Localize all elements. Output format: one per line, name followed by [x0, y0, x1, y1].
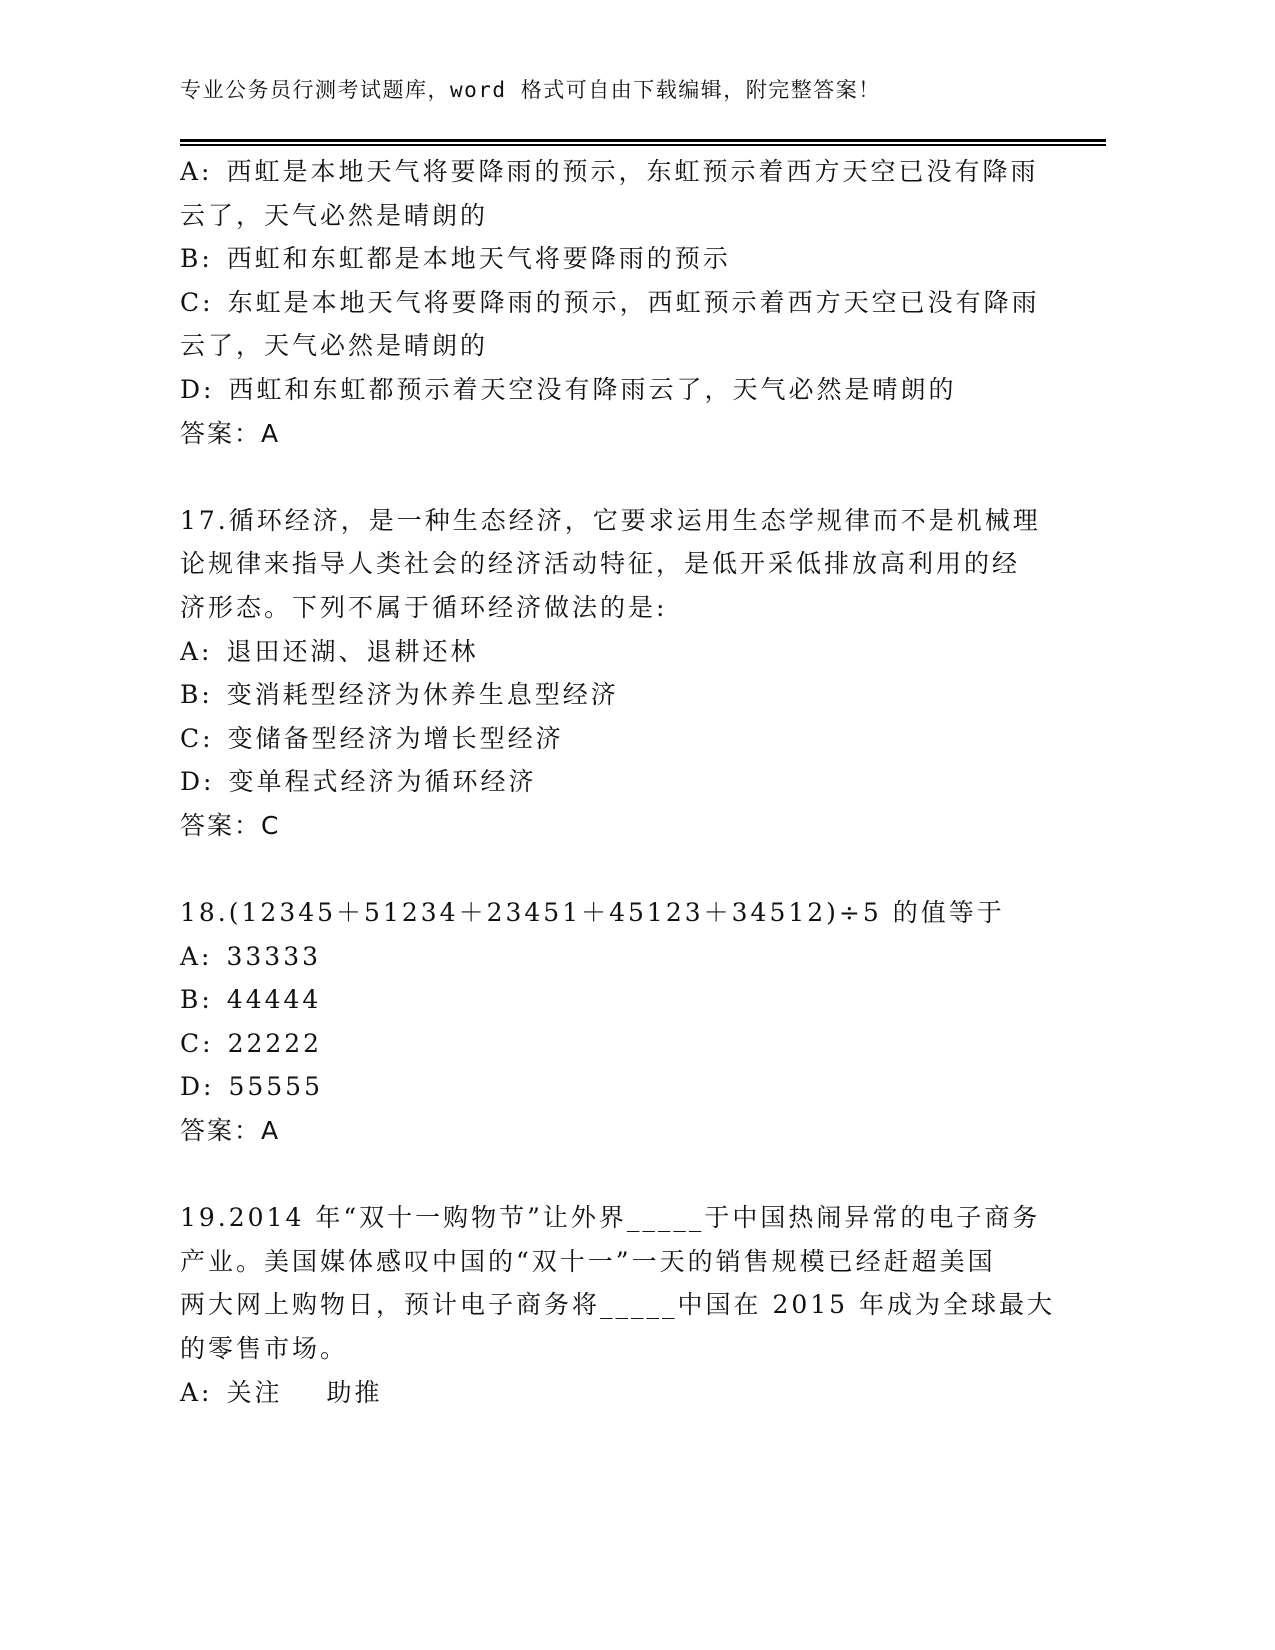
- question-stem: 17.循环经济，是一种生态经济，它要求运用生态学规律而不是机械理: [180, 499, 1040, 543]
- header-rule-thin: [180, 144, 1106, 146]
- answer-line: 答案：C: [180, 804, 1040, 848]
- header-double-rule: [180, 139, 1106, 146]
- page-header-title: 专业公务员行测考试题库，word 格式可自由下载编辑，附完整答案！: [180, 74, 881, 104]
- answer-line: 答案：A: [180, 412, 1040, 456]
- question-18: 18.(12345＋51234＋23451＋45123＋34512)÷5 的值等…: [180, 891, 1040, 1153]
- option-c: C:东虹是本地天气将要降雨的预示，西虹预示着西方天空已没有降雨: [180, 281, 1040, 325]
- option-d: D:55555: [180, 1065, 1040, 1109]
- header-rule-thick: [180, 139, 1106, 142]
- question-stem-continued: 产业。美国媒体感叹中国的“双十一”一天的销售规模已经赶超美国: [180, 1240, 1040, 1284]
- question-stem-continued: 济形态。下列不属于循环经济做法的是:: [180, 586, 1040, 630]
- spacer: [180, 1153, 1040, 1197]
- option-a: A:33333: [180, 935, 1040, 979]
- option-a: A:关注助推: [180, 1371, 1040, 1415]
- question-17: 17.循环经济，是一种生态经济，它要求运用生态学规律而不是机械理 论规律来指导人…: [180, 499, 1040, 848]
- option-c-continued: 云了，天气必然是晴朗的: [180, 324, 1040, 368]
- spacer: [180, 455, 1040, 499]
- question-16-options: A:西虹是本地天气将要降雨的预示，东虹预示着西方天空已没有降雨 云了，天气必然是…: [180, 150, 1040, 455]
- option-d: D:变单程式经济为循环经济: [180, 760, 1040, 804]
- question-19: 19.2014 年“双十一购物节”让外界_____于中国热闹异常的电子商务 产业…: [180, 1196, 1040, 1414]
- question-stem: 19.2014 年“双十一购物节”让外界_____于中国热闹异常的电子商务: [180, 1196, 1040, 1240]
- option-a: A:西虹是本地天气将要降雨的预示，东虹预示着西方天空已没有降雨: [180, 150, 1040, 194]
- question-stem-continued: 论规律来指导人类社会的经济活动特征，是低开采低排放高利用的经: [180, 542, 1040, 586]
- option-a-continued: 云了，天气必然是晴朗的: [180, 194, 1040, 238]
- document-page: 专业公务员行测考试题库，word 格式可自由下载编辑，附完整答案！ A:西虹是本…: [0, 0, 1275, 1650]
- spacer: [180, 848, 1040, 892]
- option-b: B:44444: [180, 978, 1040, 1022]
- question-stem-continued: 的零售市场。: [180, 1327, 1040, 1371]
- answer-line: 答案：A: [180, 1109, 1040, 1153]
- option-c: C:变储备型经济为增长型经济: [180, 717, 1040, 761]
- question-stem-continued: 两大网上购物日，预计电子商务将_____中国在 2015 年成为全球最大: [180, 1283, 1040, 1327]
- option-b: B:变消耗型经济为休养生息型经济: [180, 673, 1040, 717]
- option-d: D:西虹和东虹都预示着天空没有降雨云了，天气必然是晴朗的: [180, 368, 1040, 412]
- option-b: B:西虹和东虹都是本地天气将要降雨的预示: [180, 237, 1040, 281]
- question-stem: 18.(12345＋51234＋23451＋45123＋34512)÷5 的值等…: [180, 891, 1040, 935]
- option-a: A:退田还湖、退耕还林: [180, 630, 1040, 674]
- option-c: C:22222: [180, 1022, 1040, 1066]
- document-body: A:西虹是本地天气将要降雨的预示，东虹预示着西方天空已没有降雨 云了，天气必然是…: [180, 150, 1040, 1414]
